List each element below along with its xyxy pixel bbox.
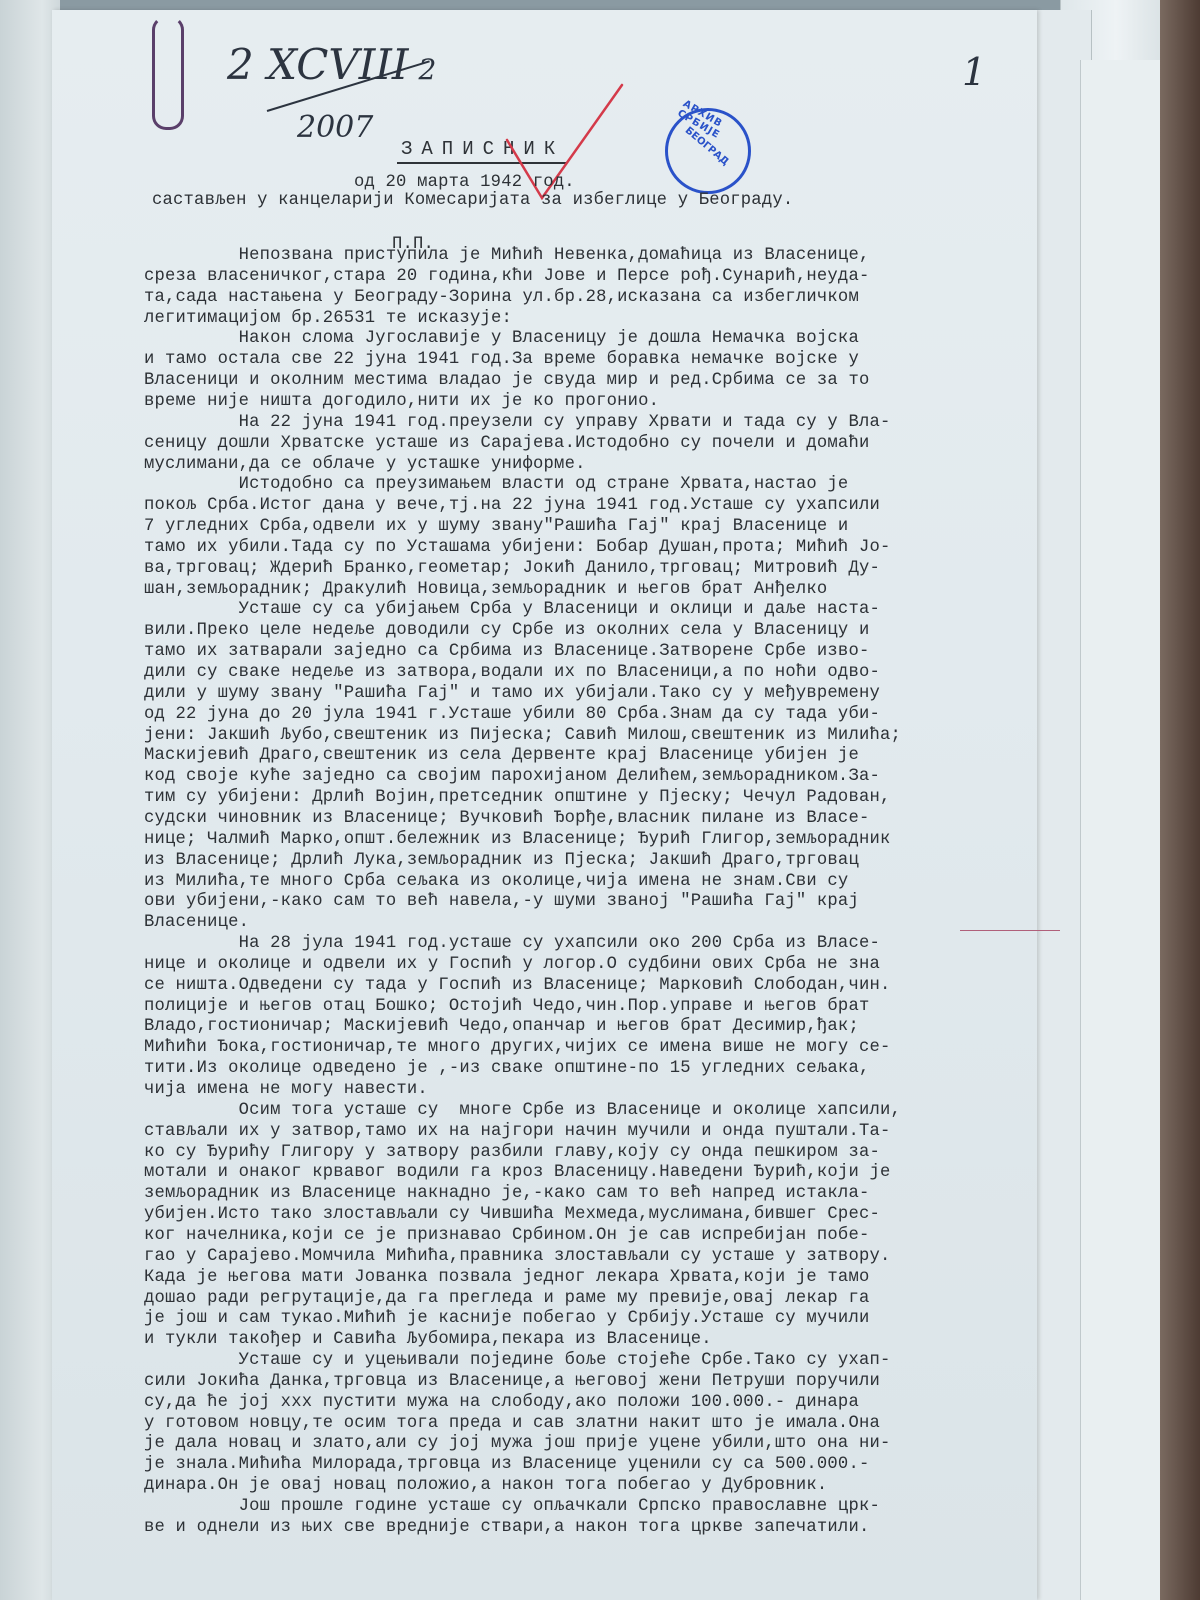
body-line: нице; Чалмић Марко,општ.бележник из Влас… bbox=[144, 830, 891, 849]
body-line: ови убијени,-како сам то већ навела,-у ш… bbox=[144, 892, 859, 911]
body-line: Непозвана приступила је Мићић Невенка,до… bbox=[144, 246, 869, 265]
stacked-page bbox=[1080, 60, 1161, 1600]
body-line: код своје куће заједно са својим парохиј… bbox=[144, 767, 880, 786]
body-line: та,сада настањена у Београду-Зорина ул.б… bbox=[144, 288, 859, 307]
paper-clip-mark bbox=[152, 16, 184, 130]
body-line: Након слома Југославије у Власеницу је д… bbox=[144, 329, 859, 348]
background-left bbox=[0, 0, 60, 1600]
body-line: 7 угледних Срба,одвели их у шуму звану"Р… bbox=[144, 517, 848, 536]
body-line: сеницу дошли Хрватске усташе из Сарајева… bbox=[144, 434, 869, 453]
body-line: дили су сваке недеље из затвора,водали и… bbox=[144, 663, 880, 682]
body-line: На 28 јула 1941 год.усташе су ухапсили о… bbox=[144, 934, 880, 953]
body-line: На 22 јуна 1941 год.преузели су управу Х… bbox=[144, 413, 891, 432]
body-line: среза власеничког,стара 20 година,кћи Јо… bbox=[144, 267, 869, 286]
body-line: земљорадник из Власенице накнадно је,-ка… bbox=[144, 1184, 869, 1203]
body-line: шан,земљорадник; Дракулић Новица,земљора… bbox=[144, 580, 827, 599]
subtitle-line: састављен у канцеларији Комесаријата за … bbox=[152, 191, 793, 210]
body-line: је још и сам тукао.Мићић је касније побе… bbox=[144, 1309, 869, 1328]
body-line: из Власенице; Дрлић Лука,земљорадник из … bbox=[144, 851, 859, 870]
body-line: у готовом новцу,те осим тога преда и сав… bbox=[144, 1414, 880, 1433]
body-line: Усташе су и уцењивали поједине боље стој… bbox=[144, 1351, 891, 1370]
body-line: је дала новац и злато,али су јој мужа јо… bbox=[144, 1434, 891, 1453]
body-line: јени: Јакшић Љубо,свештеник из Пијеска; … bbox=[144, 726, 901, 745]
body-line: Осим тога усташе су многе Србе из Власен… bbox=[144, 1101, 901, 1120]
document-page: 2 XCVIII2 2007 1 АРХИВ СРБИЈЕ БЕОГРАД ЗА… bbox=[52, 10, 1037, 1600]
body-line: судски чиновник из Власенице; Вучковић Ђ… bbox=[144, 809, 869, 828]
body-line: се ништа.Одведени су тада у Госпић из Вл… bbox=[144, 976, 891, 995]
body-line: тамо их затварали заједно са Србима из В… bbox=[144, 642, 869, 661]
body-line: убијен.Исто тако злостављали су Чившића … bbox=[144, 1205, 880, 1224]
body-line: је знала.Мићића Милорада,трговца из Влас… bbox=[144, 1455, 869, 1474]
body-line: Усташе су са убијањем Срба у Власеници и… bbox=[144, 600, 880, 619]
body-line: Маскијевић Драго,свештеник из села Дерве… bbox=[144, 746, 859, 765]
body-line: сили Јокића Данка,трговца из Власенице,а… bbox=[144, 1372, 880, 1391]
body-line: нице и околице и одвели их у Госпић у ло… bbox=[144, 955, 880, 974]
archive-stamp: АРХИВ СРБИЈЕ БЕОГРАД bbox=[665, 108, 751, 194]
body-line: Мићићи Ђока,гостионичар,те много других,… bbox=[144, 1038, 891, 1057]
body-line: легитимацијом бр.26531 те исказује: bbox=[144, 309, 512, 328]
body-line: стављали их у затвор,тамо их на најгори … bbox=[144, 1122, 891, 1141]
body-line: чија имена не могу навести. bbox=[144, 1080, 428, 1099]
body-line: вили.Преко целе недеље доводили су Србе … bbox=[144, 621, 869, 640]
body-line: покољ Срба.Истог дана у вече,тј.на 22 ју… bbox=[144, 496, 880, 515]
body-line: тити.Из околице одведено је ,-из сваке о… bbox=[144, 1059, 869, 1078]
body-line: Владо,гостионичар; Маскијевић Чедо,опанч… bbox=[144, 1017, 859, 1036]
date-line: од 20 марта 1942 год. bbox=[354, 173, 575, 192]
body-line: Када је његова мати Јованка позвала једн… bbox=[144, 1268, 869, 1287]
body-line: полиције и његов отац Бошко; Остојић Чед… bbox=[144, 997, 869, 1016]
red-margin-mark bbox=[960, 930, 1060, 931]
body-line: мотали и онаког крвавог водили га кроз В… bbox=[144, 1163, 891, 1182]
body-line: из Милића,те много Срба сељака из околиц… bbox=[144, 872, 848, 891]
body-line: и тукли такођер и Савића Љубомира,пекара… bbox=[144, 1330, 712, 1349]
body-line: Истодобно са преузимањем власти од стран… bbox=[144, 475, 848, 494]
body-line: време није ништа догодило,нити их је ко … bbox=[144, 392, 659, 411]
body-line: ва,трговац; Ждерић Бранко,геометар; Јоки… bbox=[144, 559, 880, 578]
body-line: Власеници и околним местима владао је св… bbox=[144, 371, 869, 390]
body-line: дошао ради регрутације,да га прегледа и … bbox=[144, 1289, 869, 1308]
body-line: су,да ће јој ххх пустити мужа на слободу… bbox=[144, 1393, 859, 1412]
body-line: дили у шуму звану "Рашића Гај" и тамо их… bbox=[144, 684, 880, 703]
body-line: тим су убијени: Дрлић Војин,претседник о… bbox=[144, 788, 891, 807]
body-line: гао у Сарајево.Момчила Мићића,правника з… bbox=[144, 1247, 891, 1266]
handwritten-page-number: 1 bbox=[962, 50, 986, 94]
handwritten-year: 2007 bbox=[297, 110, 373, 145]
handwritten-reference: 2 XCVIII2 bbox=[227, 40, 436, 89]
body-line: и тамо остала све 22 јуна 1941 год.За вр… bbox=[144, 350, 859, 369]
background-right bbox=[1160, 0, 1200, 1600]
body-line: од 22 јуна до 20 јула 1941 г.Усташе убил… bbox=[144, 705, 880, 724]
body-line: ко су Ђурићу Глигору у затвору разбили г… bbox=[144, 1143, 880, 1162]
body-line: муслимани,да се облаче у усташке униформ… bbox=[144, 455, 586, 474]
body-line: Власенице. bbox=[144, 913, 249, 932]
body-line: ког начелника,који се је признавао Србин… bbox=[144, 1226, 869, 1245]
body-line: тамо их убили.Тада су по Усташама убијен… bbox=[144, 538, 891, 557]
